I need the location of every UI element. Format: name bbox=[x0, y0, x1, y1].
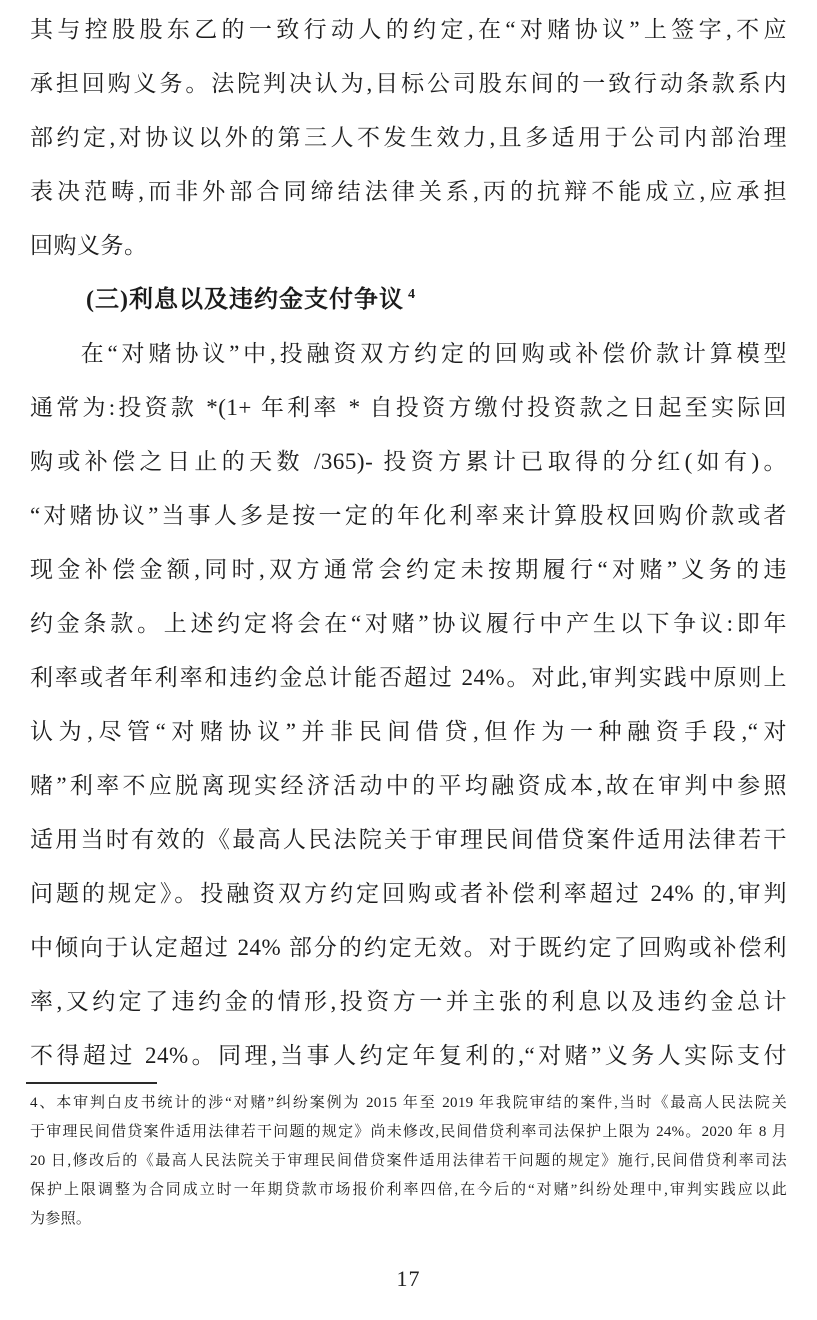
footnote-reference: 4 bbox=[408, 287, 415, 302]
text-line: 其与控股股东乙的一致行动人的约定,在“对赌协议”上签字,不应 bbox=[30, 3, 787, 57]
text-line: 4、本审判白皮书统计的涉“对赌”纠纷案例为 2015 年至 2019 年我院审结… bbox=[30, 1089, 787, 1118]
text-line: 问题的规定》。投融资双方约定回购或者补偿利率超过 24% 的,审判 bbox=[30, 867, 787, 921]
page-number: 17 bbox=[0, 1266, 817, 1292]
text-line: “对赌协议”当事人多是按一定的年化利率来计算股权回购价款或者 bbox=[30, 489, 787, 543]
text-line: 不得超过 24%。同理,当事人约定年复利的,“对赌”义务人实际支付 bbox=[30, 1029, 787, 1083]
footnote: 4、本审判白皮书统计的涉“对赌”纠纷案例为 2015 年至 2019 年我院审结… bbox=[30, 1089, 787, 1234]
text-line: 约金条款。上述约定将会在“对赌”协议履行中产生以下争议:即年 bbox=[30, 597, 787, 651]
document-page: 其与控股股东乙的一致行动人的约定,在“对赌协议”上签字,不应承担回购义务。法院判… bbox=[0, 0, 817, 1320]
text-line: 承担回购义务。法院判决认为,目标公司股东间的一致行动条款系内 bbox=[30, 57, 787, 111]
text-line: 回购义务。 bbox=[30, 219, 787, 273]
text-line: 购或补偿之日止的天数 /365)- 投资方累计已取得的分红(如有)。 bbox=[30, 435, 787, 489]
text-line: 现金补偿金额,同时,双方通常会约定未按期履行“对赌”义务的违 bbox=[30, 543, 787, 597]
text-line: 于审理民间借贷案件适用法律若干问题的规定》尚未修改,民间借贷利率司法保护上限为 … bbox=[30, 1118, 787, 1147]
text-line: 率,又约定了违约金的情形,投资方一并主张的利息以及违约金总计 bbox=[30, 975, 787, 1029]
text-line: 部约定,对协议以外的第三人不发生效力,且多适用于公司内部治理 bbox=[30, 111, 787, 165]
section-heading-text: (三)利息以及违约金支付争议 bbox=[86, 287, 404, 313]
paragraph-interest-penalty: 在“对赌协议”中,投融资双方约定的回购或补偿价款计算模型通常为:投资款 *(1+… bbox=[30, 327, 787, 1083]
text-line: 赌”利率不应脱离现实经济活动中的平均融资成本,故在审判中参照 bbox=[30, 759, 787, 813]
text-line: 在“对赌协议”中,投融资双方约定的回购或补偿价款计算模型 bbox=[30, 327, 787, 381]
paragraph-repurchase-obligation: 其与控股股东乙的一致行动人的约定,在“对赌协议”上签字,不应承担回购义务。法院判… bbox=[30, 3, 787, 273]
text-line: 通常为:投资款 *(1+ 年利率 * 自投资方缴付投资款之日起至实际回 bbox=[30, 381, 787, 435]
body-text: 其与控股股东乙的一致行动人的约定,在“对赌协议”上签字,不应承担回购义务。法院判… bbox=[30, 3, 787, 1083]
text-line: 中倾向于认定超过 24% 部分的约定无效。对于既约定了回购或补偿利 bbox=[30, 921, 787, 975]
text-line: 保护上限调整为合同成立时一年期贷款市场报价利率四倍,在今后的“对赌”纠纷处理中,… bbox=[30, 1176, 787, 1205]
text-line: 为参照。 bbox=[30, 1205, 787, 1234]
footnote-separator-line bbox=[26, 1082, 157, 1084]
text-line: 适用当时有效的《最高人民法院关于审理民间借贷案件适用法律若干 bbox=[30, 813, 787, 867]
text-line: 表决范畴,而非外部合同缔结法律关系,丙的抗辩不能成立,应承担 bbox=[30, 165, 787, 219]
text-line: 20 日,修改后的《最高人民法院关于审理民间借贷案件适用法律若干问题的规定》施行… bbox=[30, 1147, 787, 1176]
section-heading: (三)利息以及违约金支付争议4 bbox=[30, 273, 787, 327]
text-line: 认为,尽管“对赌协议”并非民间借贷,但作为一种融资手段,“对 bbox=[30, 705, 787, 759]
text-line: 利率或者年利率和违约金总计能否超过 24%。对此,审判实践中原则上 bbox=[30, 651, 787, 705]
